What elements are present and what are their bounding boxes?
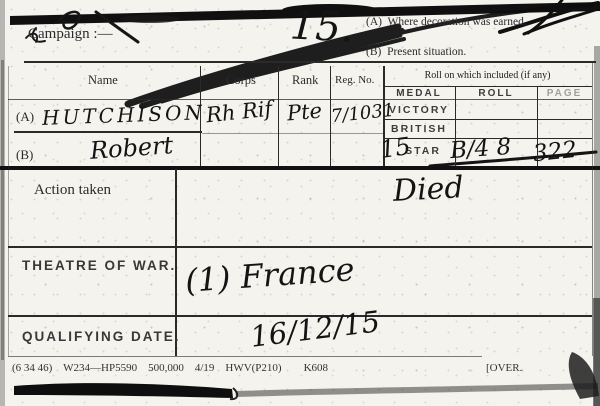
table-right-border xyxy=(592,61,593,356)
header-corps: Corps xyxy=(226,73,256,88)
action-taken-handwritten: Died xyxy=(392,170,464,209)
corps-handwritten: Rh Rif xyxy=(205,97,273,128)
header-name: Name xyxy=(88,73,118,88)
rule-name-underline xyxy=(14,131,202,133)
where-decoration-label: (A) Where decoration was earned. xyxy=(366,16,527,28)
qualifying-date-handwritten: 16/12/15 xyxy=(248,304,381,354)
footer-print-code: (6 34 46) W234—HP5590 500,000 4/19 HWV(P… xyxy=(12,362,328,374)
theatre-of-war-label: THEATRE OF WAR. xyxy=(22,258,176,273)
action-taken-label: Action taken xyxy=(34,182,111,199)
table-left-border xyxy=(8,66,9,356)
row-b-label: (B) xyxy=(16,147,33,163)
bottom-border-band xyxy=(14,383,233,398)
bottom-right-blob xyxy=(569,352,599,399)
over-label: [OVER. xyxy=(486,362,522,374)
star-roll-handwritten: B/4 8 xyxy=(449,134,512,164)
medal-index-card: Campaign :— (A) Where decoration was ear… xyxy=(0,0,600,406)
col-line-corps-rank xyxy=(278,66,279,166)
header-roll: ROLL xyxy=(455,88,537,99)
present-situation-label: (B) Present situation. xyxy=(366,46,466,58)
header-reg-no: Reg. No. xyxy=(335,74,374,86)
rule-qualifying-bottom xyxy=(8,356,482,357)
rule-action-bottom xyxy=(8,246,592,248)
campaign-label: Campaign :— xyxy=(28,26,113,43)
name-surname-handwritten: HUTCHISON xyxy=(42,100,206,130)
rule-victory-bottom xyxy=(383,119,592,120)
name-forename-handwritten: Robert xyxy=(89,131,174,165)
star-prefix-handwritten: 15 xyxy=(378,132,412,164)
campaign-value-handwritten: 15. xyxy=(289,2,355,51)
rule-row-divider xyxy=(202,133,383,134)
row-a-label: (A) xyxy=(16,109,34,125)
rule-table-bottom xyxy=(0,166,600,170)
header-page: PAGE xyxy=(537,88,592,99)
header-roll-included: Roll on which included (if any) xyxy=(383,70,592,81)
rank-handwritten: Pte xyxy=(286,99,323,126)
header-rank: Rank xyxy=(292,73,318,88)
rule-under-campaign xyxy=(24,61,596,63)
star-page-handwritten: 322 xyxy=(532,137,578,167)
header-medal: MEDAL xyxy=(383,88,455,99)
theatre-handwritten: (1) France xyxy=(184,250,356,300)
qualifying-date-label: QUALIFYING DATE. xyxy=(22,329,181,344)
rule-roll-included-bottom xyxy=(383,86,592,87)
